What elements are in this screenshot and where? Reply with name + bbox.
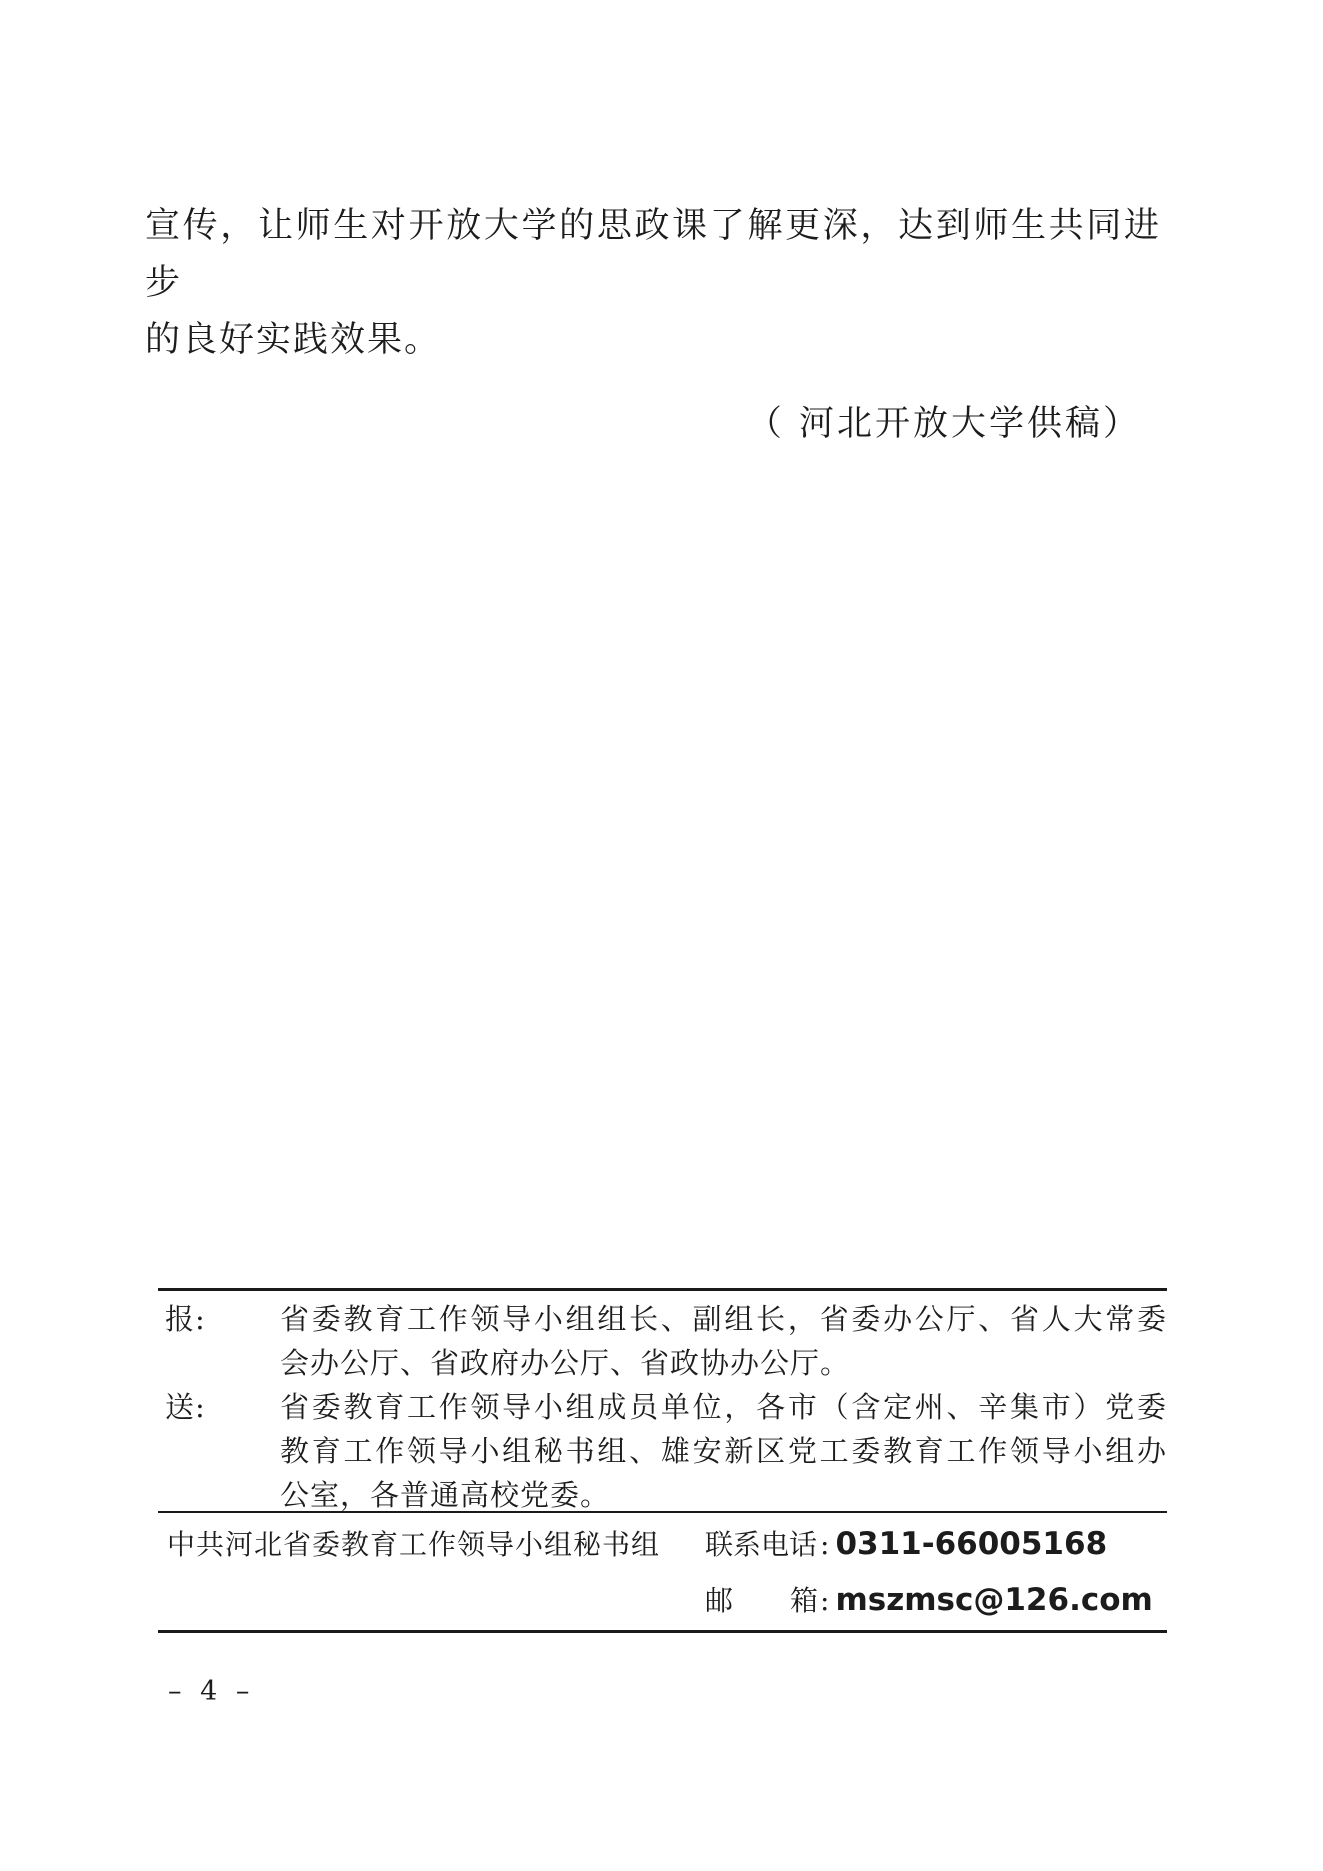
body-paragraph: 宣传，让师生对开放大学的思政课了解更深，达到师生共同进步 的良好实践效果。	[145, 198, 1161, 369]
phone-row: 联系电话 : 0311-66005168	[705, 1524, 1107, 1565]
page-number: – 4 –	[168, 1676, 254, 1707]
footer-top-rule	[158, 1288, 1167, 1291]
phone-label: 联系电话	[705, 1525, 818, 1565]
email-label-left: 邮	[705, 1581, 733, 1621]
document-page: 宣传，让师生对开放大学的思政课了解更深，达到师生共同进步 的良好实践效果。 （ …	[0, 0, 1323, 1871]
issuer-name: 中共河北省委教育工作领导小组秘书组	[167, 1526, 660, 1564]
email-label-right: 箱	[790, 1581, 818, 1621]
email-label: 邮 箱	[705, 1581, 818, 1621]
footer-divider-rule	[158, 1511, 1167, 1513]
report-line: 省委教育工作领导小组组长、副组长，省委办公厅、省人大常委	[280, 1297, 1167, 1341]
send-label: 送:	[165, 1385, 206, 1429]
attribution-line: （ 河北开放大学供稿）	[145, 400, 1141, 448]
distribution-lines: 省委教育工作领导小组组长、副组长，省委办公厅、省人大常委 会办公厅、省政府办公厅…	[280, 1297, 1167, 1517]
report-line: 会办公厅、省政府办公厅、省政协办公厅。	[280, 1341, 1167, 1385]
send-line: 教育工作领导小组秘书组、雄安新区党工委教育工作领导小组办	[280, 1429, 1167, 1473]
report-label: 报:	[165, 1297, 206, 1341]
body-paragraph-line: 宣传，让师生对开放大学的思政课了解更深，达到师生共同进步	[145, 198, 1161, 312]
footer-bottom-rule	[158, 1630, 1167, 1633]
email-address: mszmsc@126.com	[835, 1580, 1152, 1620]
body-paragraph-line: 的良好实践效果。	[145, 312, 1161, 369]
email-row: 邮 箱 : mszmsc@126.com	[705, 1580, 1153, 1621]
email-colon: :	[820, 1584, 829, 1617]
send-line: 省委教育工作领导小组成员单位，各市（含定州、辛集市）党委	[280, 1385, 1167, 1429]
phone-number: 0311-66005168	[835, 1524, 1107, 1564]
phone-colon: :	[820, 1528, 829, 1561]
